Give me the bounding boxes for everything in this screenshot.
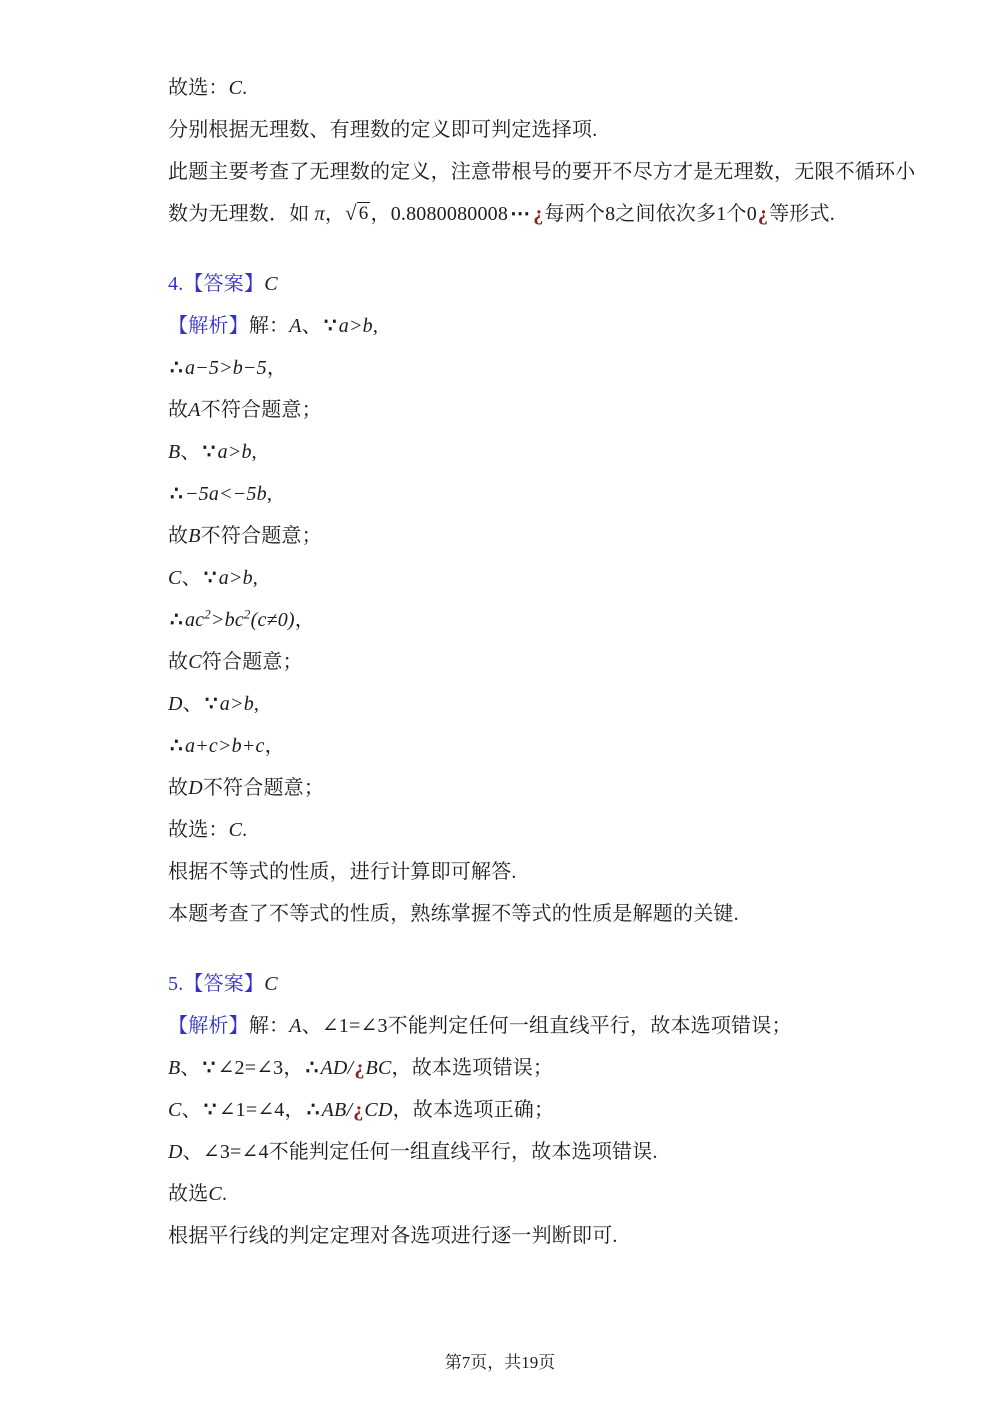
text-segment: , [267,483,272,505]
text-segment: 此题主要考查了无理数的定义，注意带根号的要开不尽方才是无理数，无限不循环小 [168,161,915,183]
text-segment: ，故本选项错误； [392,1057,554,1079]
math-text: a−5>b−5 [185,357,267,379]
math-text: >bc [211,609,244,631]
math-text: A [289,315,301,337]
math-text: a>b [220,693,254,715]
text-segment: 、 [182,1099,202,1121]
exam-answer-page: 故选：C.分别根据无理数、有理数的定义即可判定选择项.此题主要考查了无理数的定义… [0,0,1000,1415]
text-segment: ， [325,203,345,225]
answer5-heading: 5.【答案】C [168,972,914,996]
text-segment: ∠1=∠4 [219,1099,285,1121]
math-text: C [229,819,243,841]
text-segment: . [222,1183,227,1205]
text-segment: 故选： [168,77,229,99]
text-segment: 故 [168,525,188,547]
math-text: C [168,1099,182,1121]
answer5-line-3: C、∵∠1=∠4，∴AB/¿CD，故本选项正确； [168,1098,914,1122]
text-segment: ∠3=∠4 [203,1141,269,1163]
math-text: A [188,399,200,421]
answer3-comment-line-2: 数为无理数．如 π，√6，0.8080080008⋯¿每两个8之间依次多1个0¿… [168,202,914,226]
math-text: a>b [339,315,373,337]
math-text: D [188,777,203,799]
answer5-line-1: 【解析】解：A、∠1=∠3不能判定任何一组直线平行，故本选项错误； [168,1014,914,1038]
document-body: 故选：C.分别根据无理数、有理数的定义即可判定选择项.此题主要考查了无理数的定义… [168,76,914,1248]
math-text: a>b [218,441,252,463]
text-segment: 、 [183,693,203,715]
text-segment: 、 [180,441,200,463]
superscript: 2 [204,606,211,621]
math-symbol: ∵ [202,1099,219,1121]
answer4-heading: 4.【答案】C [168,272,914,296]
math-symbol: ∴ [304,1057,321,1079]
conversion-artifact-mark: ¿ [353,1057,365,1079]
text-segment: , [252,441,257,463]
answer5-line-5: 故选C. [168,1182,914,1206]
math-symbol: ∵ [203,693,220,715]
text-segment: 根据不等式的性质，进行计算即可解答. [168,861,517,883]
math-text: ac [185,609,204,631]
answer5-line-6: 根据平行线的判定定理对各选项进行逐一判断即可. [168,1224,914,1248]
answer3-method-line: 分别根据无理数、有理数的定义即可判定选择项. [168,118,914,142]
math-text: C [188,651,202,673]
math-text: C [168,567,182,589]
answer4-line-8: ∴ac2>bc2(c≠0)， [168,608,914,632]
math-symbol: ∴ [168,483,185,505]
answer4-line-11: ∴a+c>b+c， [168,734,914,758]
radical-sign: √ [345,202,357,224]
math-text: C [264,973,278,995]
answer4-line-10: D、∵a>b, [168,692,914,716]
superscript: 2 [244,606,251,621]
text-segment: 故 [168,777,188,799]
answer4-line-15: 本题考查了不等式的性质，熟练掌握不等式的性质是解题的关键. [168,902,914,926]
conversion-artifact-mark: ¿ [532,203,544,225]
math-text: BC [366,1057,392,1079]
text-segment: 不符合题意； [201,525,322,547]
text-segment: 、 [183,1141,203,1163]
math-symbol: ⋯ [508,203,532,225]
math-text: AB/ [322,1099,353,1121]
text-segment: ， [284,1099,304,1121]
section-label: 5.【答案】 [168,973,264,995]
text-segment: . [242,77,247,99]
answer3-comment-line-1: 此题主要考查了无理数的定义，注意带根号的要开不尽方才是无理数，无限不循环小 [168,160,914,184]
text-segment: ， [267,357,287,379]
text-segment: 不能判定任何一组直线平行，故本选项错误； [388,1015,792,1037]
math-text: C [264,273,278,295]
text-segment: 、 [302,1015,322,1037]
answer4-line-14: 根据不等式的性质，进行计算即可解答. [168,860,914,884]
radicand: 6 [357,202,371,224]
math-text: C [208,1183,222,1205]
math-symbol: ∵ [322,315,339,337]
answer4-line-5: ∴−5a<−5b, [168,482,914,506]
text-segment: 等形式. [769,203,835,225]
text-segment: ∠1=∠3 [322,1015,388,1037]
page-footer: 第7页，共19页 [0,1348,1000,1373]
text-segment: ∠2=∠3 [218,1057,284,1079]
section-label: 4.【答案】 [168,273,264,295]
conversion-artifact-mark: ¿ [757,203,769,225]
text-segment: ， [370,203,390,225]
text-segment: 不符合题意； [201,399,322,421]
text-segment: 每两个8之间依次多1个0 [545,203,757,225]
answer3-choose-line: 故选：C. [168,76,914,100]
math-symbol: ∴ [168,357,185,379]
section-label: 【解析】 [168,315,249,337]
page-number-label: 第7页，共19页 [445,1353,556,1372]
math-symbol: ∴ [168,735,185,757]
text-segment: 解： [249,1015,289,1037]
text-segment: ， [295,609,315,631]
math-symbol: ∴ [305,1099,322,1121]
text-segment: , [253,567,258,589]
text-segment: , [254,693,259,715]
math-symbol: ∵ [201,1057,218,1079]
math-text: D [168,1141,183,1163]
math-text: a+c>b+c [185,735,265,757]
answer4-line-9: 故C符合题意； [168,650,914,674]
text-segment: , [373,315,378,337]
text-segment: 、 [180,1057,200,1079]
math-text: −5a<−5b [185,483,267,505]
answer4-line-1: 【解析】解：A、∵a>b, [168,314,914,338]
answer5-line-4: D、∠3=∠4不能判定任何一组直线平行，故本选项错误. [168,1140,914,1164]
text-segment: 不符合题意； [203,777,324,799]
math-text: B [168,441,180,463]
text-segment: 数为无理数．如 [168,203,315,225]
answer4-line-13: 故选：C. [168,818,914,842]
text-segment: 符合题意； [202,651,303,673]
text-segment: 故 [168,399,188,421]
answer4-line-7: C、∵a>b, [168,566,914,590]
math-text: π [315,203,325,225]
math-symbol: ∵ [201,441,218,463]
text-segment: 、 [302,315,322,337]
answer4-line-4: B、∵a>b, [168,440,914,464]
text-segment: 故选 [168,1183,208,1205]
math-text: (c≠0) [251,609,295,631]
text-segment: ， [283,1057,303,1079]
math-text: a>b [219,567,253,589]
text-segment: 解： [249,315,289,337]
math-text: B [188,525,200,547]
math-text: C [229,77,243,99]
answer4-line-3: 故A不符合题意； [168,398,914,422]
answer4-line-2: ∴a−5>b−5， [168,356,914,380]
text-segment: 不能判定任何一组直线平行，故本选项错误. [269,1141,658,1163]
answer4-line-12: 故D不符合题意； [168,776,914,800]
conversion-artifact-mark: ¿ [352,1099,364,1121]
text-segment: ， [265,735,285,757]
section-label: 【解析】 [168,1015,249,1037]
text-segment: 分别根据无理数、有理数的定义即可判定选择项. [168,119,597,141]
math-text: D [168,693,183,715]
text-segment: 、 [182,567,202,589]
text-segment: 0.8080080008 [391,203,508,225]
math-text: B [168,1057,180,1079]
text-segment: 故 [168,651,188,673]
math-text: AD/ [321,1057,354,1079]
text-segment: . [242,819,247,841]
sqrt-expression: √6 [345,202,370,224]
math-symbol: ∵ [202,567,219,589]
answer4-line-6: 故B不符合题意； [168,524,914,548]
text-segment: ，故本选项正确； [393,1099,555,1121]
math-text: A [289,1015,301,1037]
answer5-line-2: B、∵∠2=∠3，∴AD/¿BC，故本选项错误； [168,1056,914,1080]
text-segment: 根据平行线的判定定理对各选项进行逐一判断即可. [168,1225,618,1247]
text-segment: 故选： [168,819,229,841]
text-segment: 本题考查了不等式的性质，熟练掌握不等式的性质是解题的关键. [168,903,739,925]
math-symbol: ∴ [168,609,185,631]
math-text: CD [364,1099,392,1121]
